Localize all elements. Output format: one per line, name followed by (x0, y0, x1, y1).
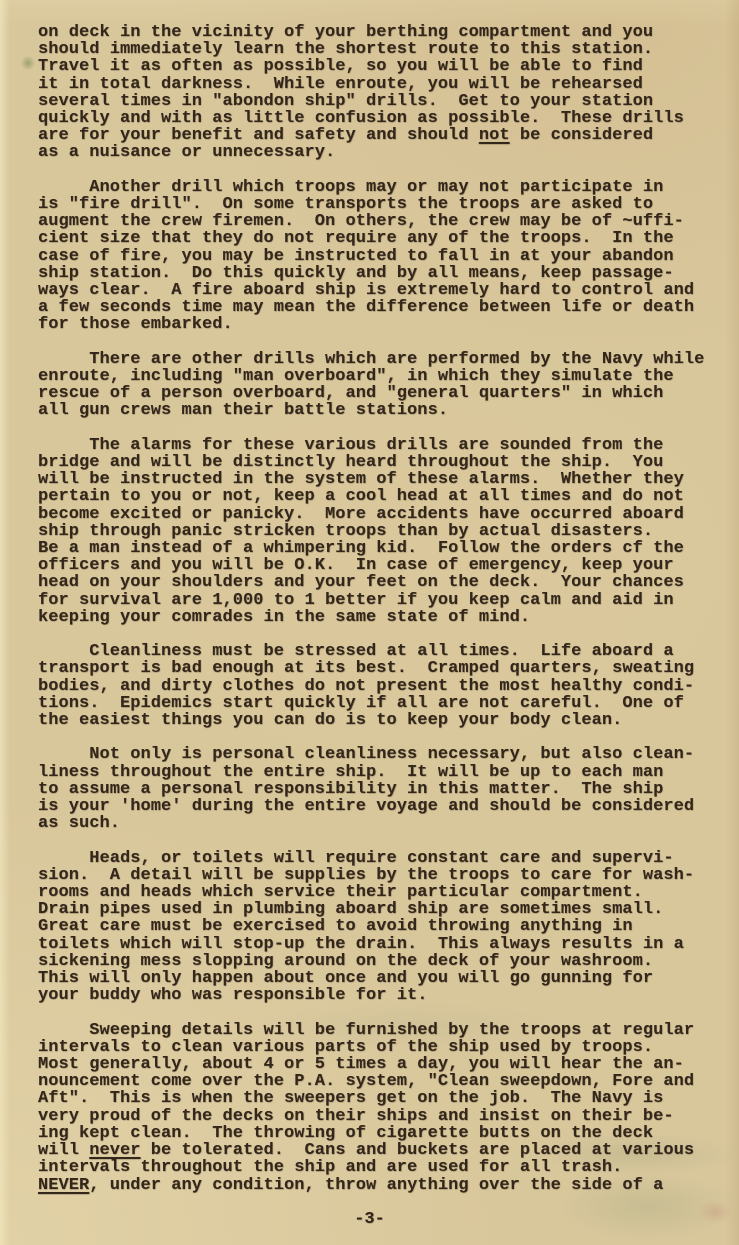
scanned-document-page: { "document": { "paper_color": "#d9c79c"… (0, 0, 739, 1245)
paragraph: The alarms for these various drills are … (38, 437, 704, 626)
paragraph: Not only is personal cleanliness necessa… (38, 746, 704, 832)
ink-smudge (20, 56, 36, 70)
paragraph: There are other drills which are perform… (38, 351, 704, 420)
paragraph: on deck in the vicinity of your berthing… (38, 24, 704, 162)
page-number: -3- (0, 1211, 739, 1228)
underlined-text: never (89, 1141, 140, 1160)
paragraph: Sweeping details will be furnished by th… (38, 1022, 704, 1194)
text-block: on deck in the vicinity of your berthing… (38, 24, 704, 1211)
underlined-text: NEVER (38, 1176, 89, 1195)
paragraph: Cleanliness must be stressed at all time… (38, 643, 704, 729)
paragraph: Heads, or toilets will require constant … (38, 850, 704, 1005)
paper-background: on deck in the vicinity of your berthing… (0, 0, 739, 1245)
paragraph: Another drill which troops may or may no… (38, 179, 704, 334)
underlined-text: not (479, 126, 510, 145)
